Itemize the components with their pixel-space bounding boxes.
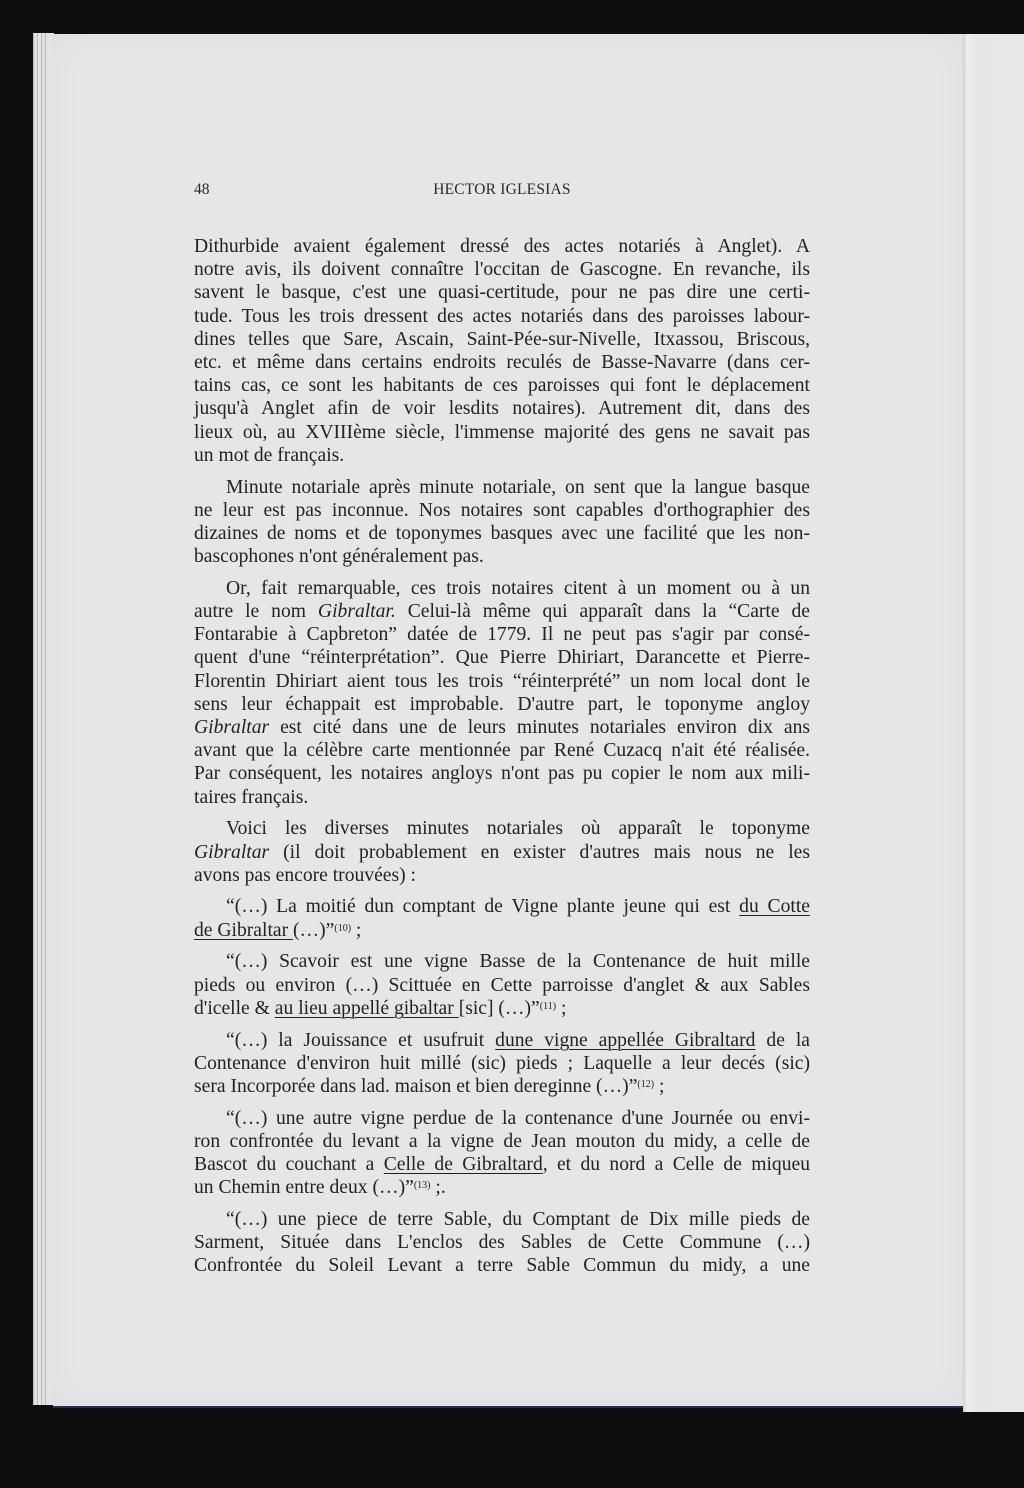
text-line: lieux où, au XVIIIème siècle, l'immense … (194, 421, 810, 444)
text-line: Bascot du couchant a Celle de Gibraltard… (194, 1153, 810, 1176)
text-line: un mot de français. (194, 444, 810, 467)
facing-page-edge (963, 34, 1024, 1412)
text-line: Gibraltar (il doit probablement en exist… (194, 841, 810, 864)
text-line: ne leur est pas inconnue. Nos notaires s… (194, 499, 810, 522)
text-line: autre le nom Gibraltar. Celui-là même qu… (194, 600, 810, 623)
text-line: Minute notariale après minute notariale,… (194, 476, 810, 499)
paragraph: Or, fait remarquable, ces trois notaires… (194, 577, 810, 809)
footnote-reference: (12) (637, 1079, 654, 1090)
quoted-excerpt: “(…) la Jouissance et usufruit dune vign… (194, 1029, 810, 1099)
underlined-citation: du Cotte (739, 896, 810, 917)
underlined-citation: au lieu appellé gibaltar (275, 998, 459, 1019)
paragraph: Voici les diverses minutes notariales où… (194, 817, 810, 887)
text-line: savent le basque, c'est une quasi-certit… (194, 281, 810, 304)
text-line: taires français. (194, 786, 810, 809)
text-line: Gibraltar est cité dans une de leurs min… (194, 716, 810, 739)
text-line: “(…) Scavoir est une vigne Basse de la C… (194, 950, 810, 973)
text-line: “(…) une piece de terre Sable, du Compta… (194, 1208, 810, 1231)
text-line: Dithurbide avaient également dressé des … (194, 235, 810, 258)
text-line: “(…) La moitié dun comptant de Vigne pla… (194, 895, 810, 918)
text-line: Par conséquent, les notaires angloys n'o… (194, 762, 810, 785)
text-line: avant que la célèbre carte mentionnée pa… (194, 739, 810, 762)
text-line: Voici les diverses minutes notariales où… (194, 817, 810, 840)
text-line: d'icelle & au lieu appellé gibaltar [sic… (194, 997, 810, 1020)
text-line: ron confrontée du levant a la vigne de J… (194, 1130, 810, 1153)
text-line: tains cas, ce sont les habitants de ces … (194, 374, 810, 397)
text-line: dines telles que Sare, Ascain, Saint-Pée… (194, 328, 810, 351)
text-line: Confrontée du Soleil Levant a terre Sabl… (194, 1254, 810, 1277)
paragraph: Minute notariale après minute notariale,… (194, 476, 810, 569)
underlined-citation: Celle de Gibraltard (384, 1154, 543, 1175)
underlined-citation: dune vigne appellée Gibraltard (495, 1030, 755, 1051)
text-line: tude. Tous les trois dressent des actes … (194, 305, 810, 328)
text-line: notre avis, ils doivent connaître l'occi… (194, 258, 810, 281)
running-head-author: HECTOR IGLESIAS (194, 181, 810, 199)
quoted-excerpt: “(…) La moitié dun comptant de Vigne pla… (194, 895, 810, 941)
text-line: dizaines de noms et de toponymes basques… (194, 522, 810, 545)
text-line: quent d'une “réinterprétation”. Que Pier… (194, 646, 810, 669)
underlined-citation: de Gibraltar (194, 920, 293, 941)
quoted-excerpt: “(…) une autre vigne perdue de la conten… (194, 1107, 810, 1200)
footnote-reference: (10) (334, 923, 351, 934)
running-head: 48 HECTOR IGLESIAS (194, 181, 810, 203)
body-text: Dithurbide avaient également dressé des … (194, 235, 810, 1286)
text-line: sera Incorporée dans lad. maison et bien… (194, 1075, 810, 1098)
text-line: Or, fait remarquable, ces trois notaires… (194, 577, 810, 600)
text-line: “(…) la Jouissance et usufruit dune vign… (194, 1029, 810, 1052)
quoted-excerpt: “(…) Scavoir est une vigne Basse de la C… (194, 950, 810, 1020)
italic-toponym: Gibraltar. (318, 601, 396, 622)
quoted-excerpt: “(…) une piece de terre Sable, du Compta… (194, 1208, 810, 1278)
text-line: sens leur échappait est improbable. D'au… (194, 693, 810, 716)
text-line: un Chemin entre deux (…)”(13) ;. (194, 1176, 810, 1199)
italic-toponym: Gibraltar (194, 842, 269, 863)
text-line: avons pas encore trouvées) : (194, 864, 810, 887)
text-line: Florentin Dhiriart aient tous les trois … (194, 670, 810, 693)
text-line: pieds ou environ (…) Scittuée en Cette p… (194, 974, 810, 997)
text-line: Contenance d'environ huit millé (sic) pi… (194, 1052, 810, 1075)
text-line: Fontarabie à Capbreton” datée de 1779. I… (194, 623, 810, 646)
text-line: jusqu'à Anglet afin de voir lesdits nota… (194, 397, 810, 420)
paragraph: Dithurbide avaient également dressé des … (194, 235, 810, 467)
text-line: “(…) une autre vigne perdue de la conten… (194, 1107, 810, 1130)
italic-toponym: Gibraltar (194, 717, 269, 738)
text-line: Sarment, Située dans L'enclos des Sables… (194, 1231, 810, 1254)
footnote-reference: (13) (414, 1180, 431, 1191)
footnote-reference: (11) (540, 1001, 556, 1012)
text-line: de Gibraltar (…)”(10) ; (194, 919, 810, 942)
text-line: etc. et même dans certains endroits recu… (194, 351, 810, 374)
text-line: bascophones n'ont généralement pas. (194, 545, 810, 568)
